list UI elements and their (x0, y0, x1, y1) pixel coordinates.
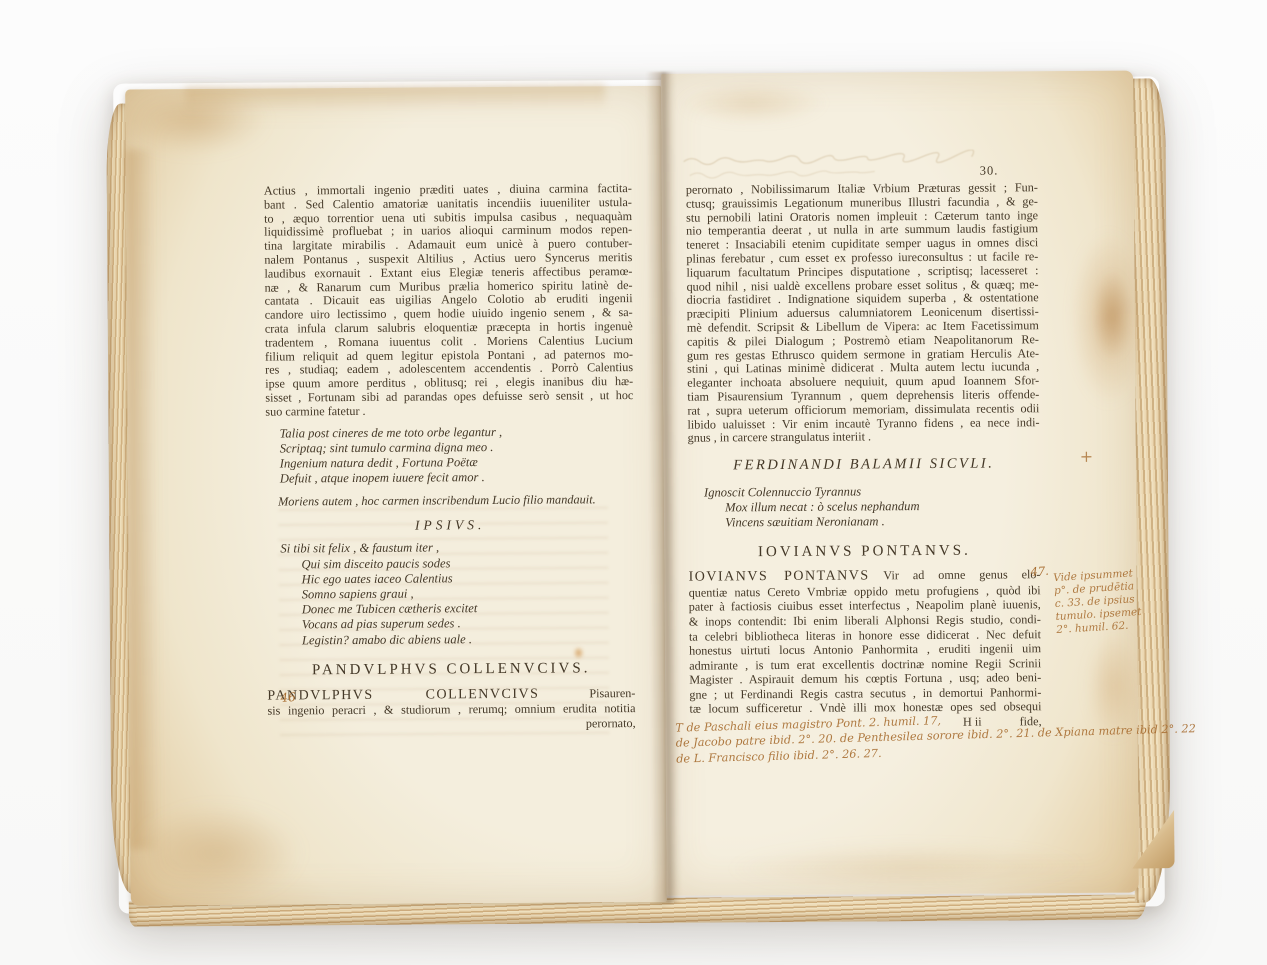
heading-ferdinandi-balamii: FERDINANDI BALAMII SICVLI. (688, 455, 1040, 474)
stain (1092, 271, 1133, 361)
poem-talia-post-cineres: Talia post cineres de me toto orbe legan… (266, 424, 634, 487)
stain (185, 84, 605, 113)
text-line: Defuit , atque inopem iuuere fecit amor … (280, 469, 634, 487)
text-line: suo carmine fatetur . (265, 403, 633, 419)
stain (126, 149, 161, 849)
right-page: 30. perornato , Nobilissimarum Italiæ Vr… (661, 71, 1139, 896)
heading-ipsius: IPSIVS. (266, 516, 634, 535)
paragraph-actius: Actius , immortali ingenio præditi uates… (264, 182, 634, 419)
left-page: Actius , immortali ingenio præditi uates… (125, 86, 667, 906)
note-moriens: Moriens autem , hoc carmen inscribendum … (266, 492, 634, 510)
heading-pandulphus-collenucius: PANDVLPHVS COLLENVCIVS. (267, 660, 635, 680)
poem-ignoscit: Ignoscit Colennuccio TyrannusMox illum n… (688, 483, 1040, 530)
text-line: gnus , in carcere strangulatus interiit … (688, 430, 1040, 446)
stain (677, 81, 827, 126)
marginalia-number-46: 46 (280, 690, 296, 705)
poem-epitaph-calentius: Si tibi sit felix , & faustum iter ,Qui … (266, 539, 635, 648)
lead-caps-pandulphus: PANDVLPHVS COLLENVCIVS (267, 686, 539, 703)
text-line: Legistin? amabo dic abiens uale . (302, 631, 635, 649)
catchword-left: perornato, (268, 716, 636, 733)
stain (726, 841, 1086, 894)
lead-caps-iovianus: IOVIANVS PONTANVS (689, 569, 870, 585)
page-number: 30. (980, 163, 999, 178)
text-line: sisset , Fortunam sibi ad parandas opes … (265, 389, 633, 405)
open-book: Actius , immortali ingenio præditi uates… (103, 52, 1175, 937)
book-photo: Actius , immortali ingenio præditi uates… (0, 0, 1267, 965)
marginalia-number-47: 47. (1030, 564, 1049, 579)
gutter-shadow (646, 72, 682, 904)
right-text-column: perornato , Nobilissimarum Italiæ Vrbium… (686, 181, 1042, 731)
paragraph-iovianus: quentiæ natus Cereto Vmbriæ oppido metu … (689, 583, 1042, 717)
stain (132, 804, 303, 900)
left-text-column: Actius , immortali ingenio præditi uates… (264, 182, 636, 733)
stain (119, 85, 269, 156)
paragraph-collenucius-continued: perornato , Nobilissimarum Italiæ Vrbium… (686, 181, 1040, 446)
heading-iovianus-pontanus: IOVIANVS PONTANVS. (688, 542, 1040, 561)
marginalia-cross-mark: + (1080, 447, 1094, 466)
text-line: Vincens sæuitiam Neronianam . (725, 513, 1040, 530)
paragraph-pandulphus-line2: sis ingenio peracri , & studiorum , reru… (267, 701, 635, 718)
marginalia-vide-ipsummet: Vide ipsummetp°. de prudētiac. 33. de ip… (1053, 565, 1169, 637)
